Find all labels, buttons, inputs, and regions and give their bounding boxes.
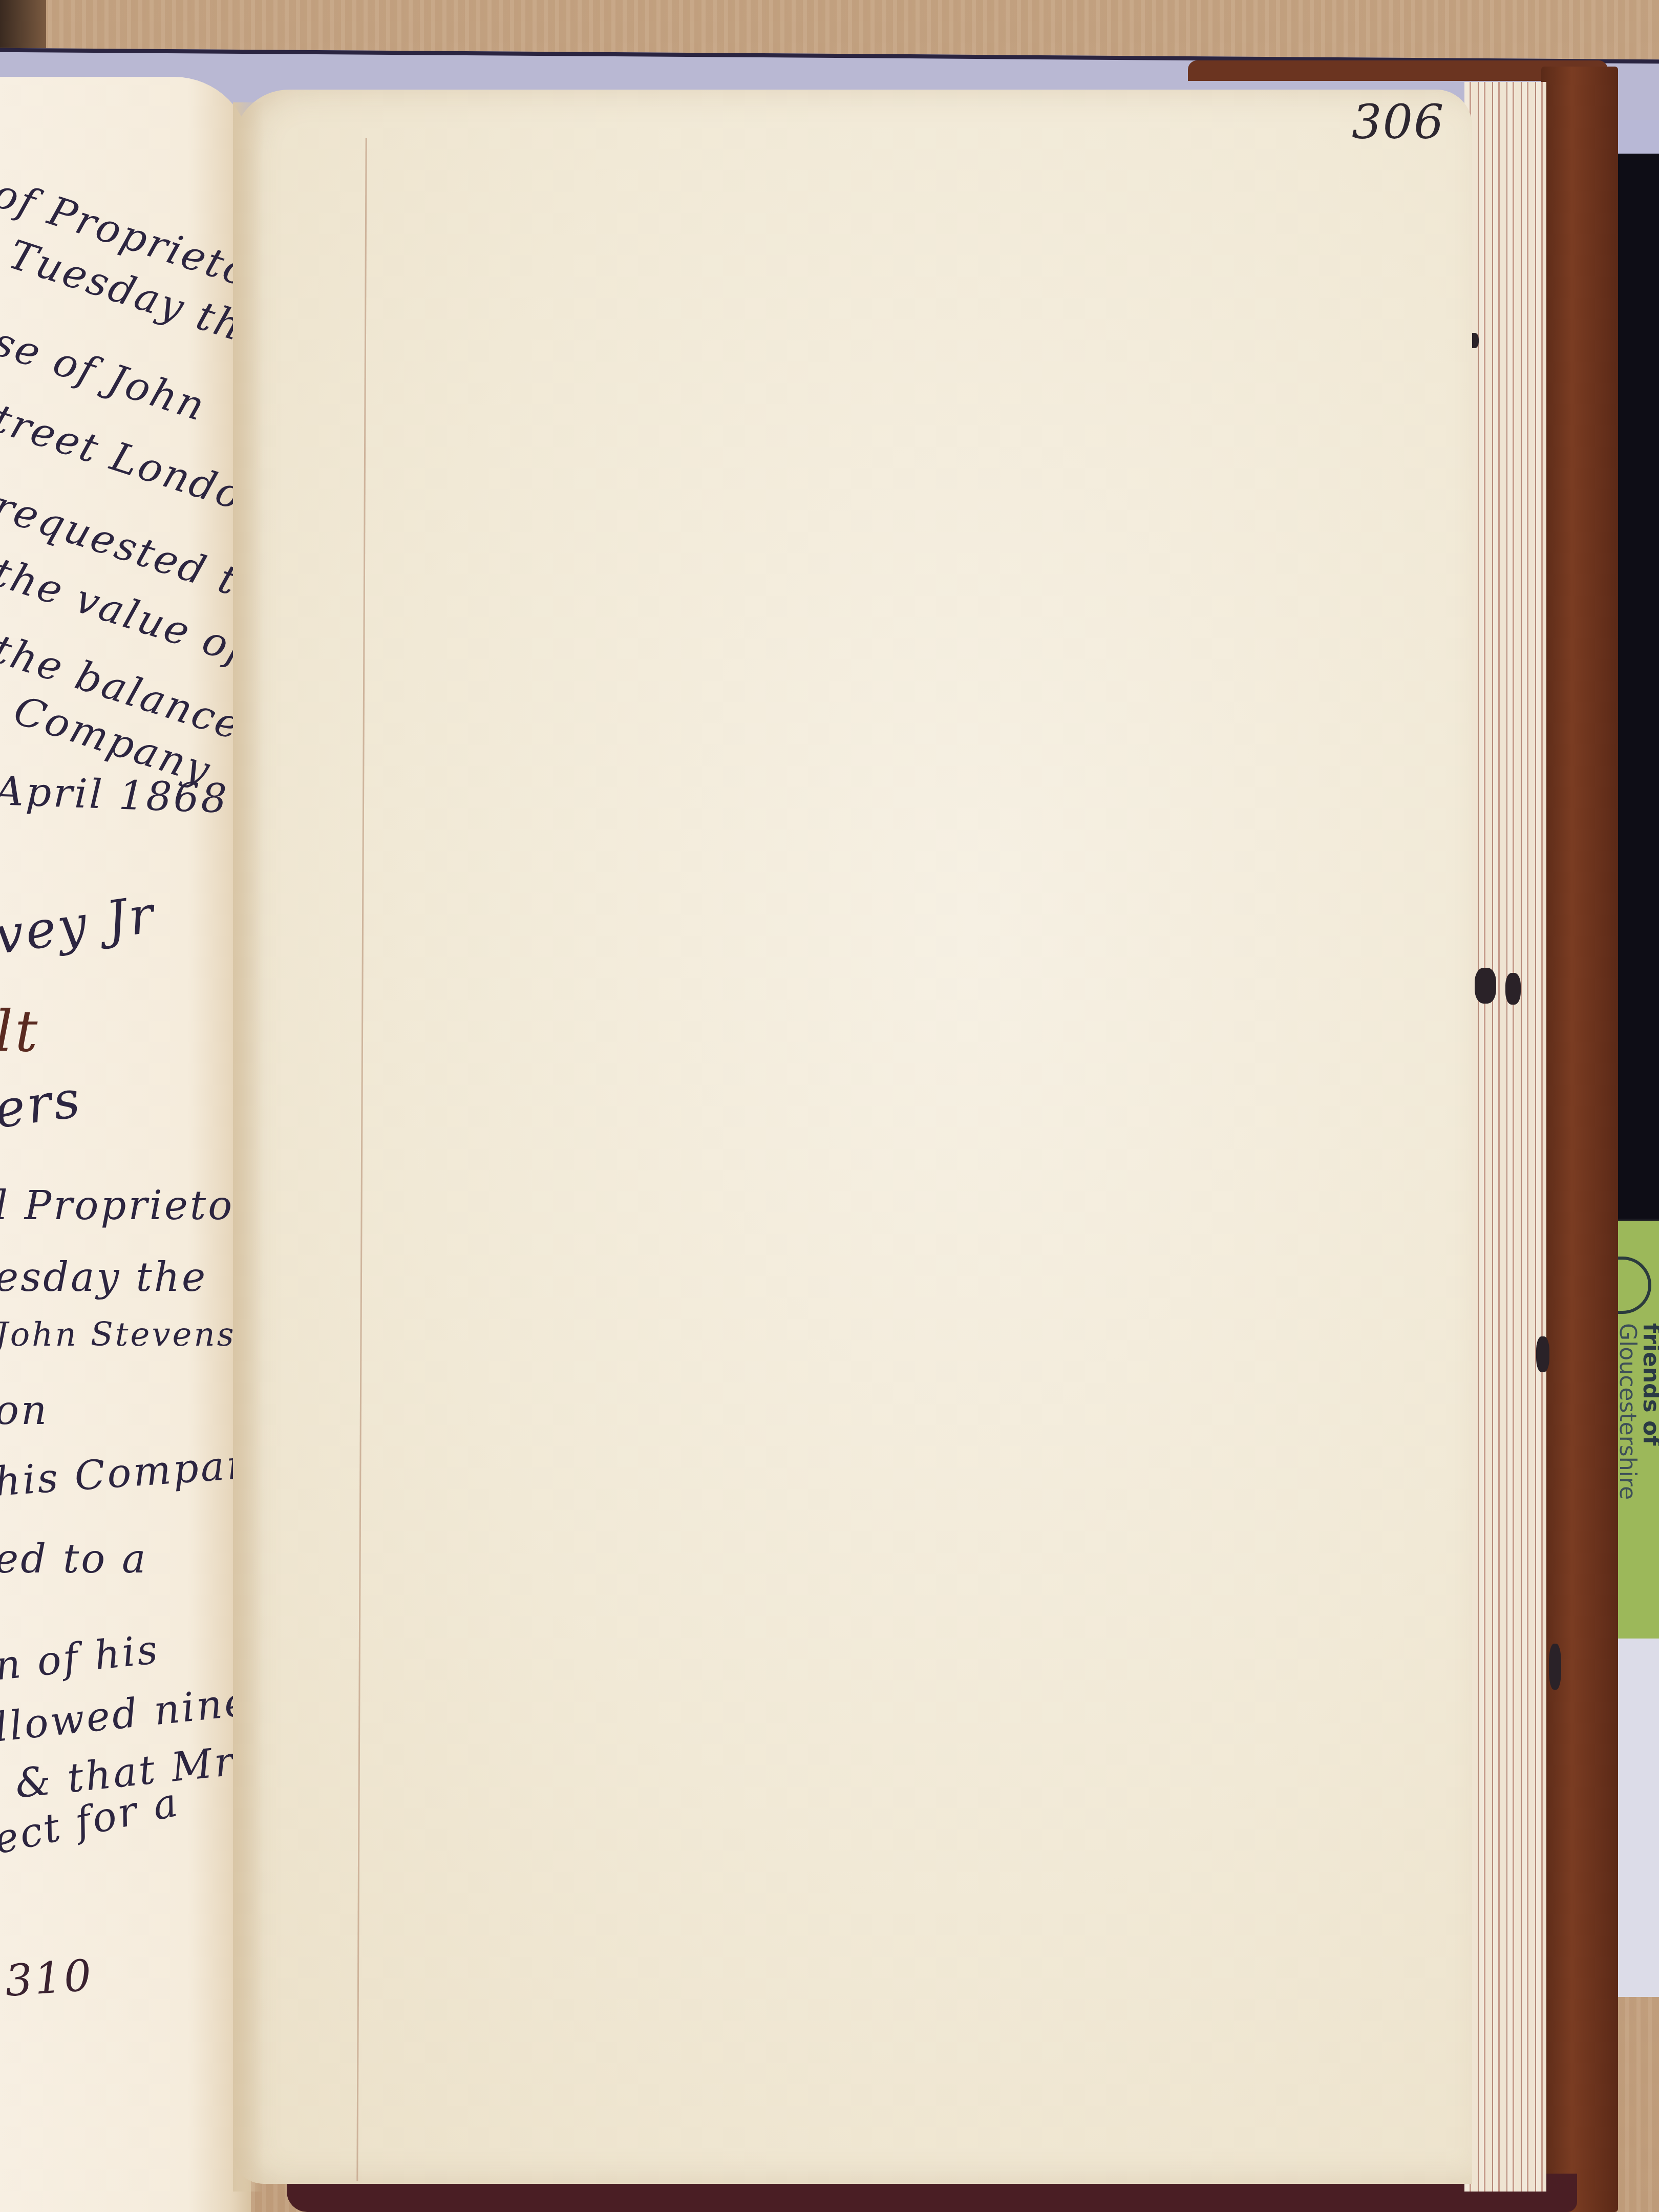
handwritten-line: ed to a [0,1536,148,1582]
handwritten-line: esday the [0,1254,207,1301]
page-reference-number: 310 [4,1950,95,2006]
page-tab-mark [1475,968,1496,1004]
left-page-handwriting: of Proprietors Tuesday the se of John tr… [0,77,236,2212]
handwritten-line: ers [0,1069,86,1140]
left-page-verso: of Proprietors Tuesday the se of John tr… [0,77,251,2212]
page-tab-mark [1549,1644,1561,1690]
handwritten-line: lt [0,998,39,1064]
handwritten-line: n of his [0,1626,162,1689]
gutter-shadow [233,102,264,2192]
handwritten-line: on [0,1388,49,1434]
label-line-2: Gloucestershire [1614,1323,1641,1500]
handwritten-line: vey Jr [0,884,159,966]
archive-label-text: friends of Gloucestershire [1615,1323,1659,1500]
label-line-1: friends of [1638,1323,1659,1445]
page-tab-mark [1536,1336,1549,1372]
archive-logo-icon [1612,1257,1651,1314]
handwritten-line: April 1868 [0,768,229,822]
page-tab-mark [1505,973,1521,1005]
folio-number: 306 [1352,95,1445,150]
book-cover-spine-edge [1541,67,1618,2212]
page-edge-stack [1464,82,1546,2192]
right-page-recto [233,90,1472,2184]
